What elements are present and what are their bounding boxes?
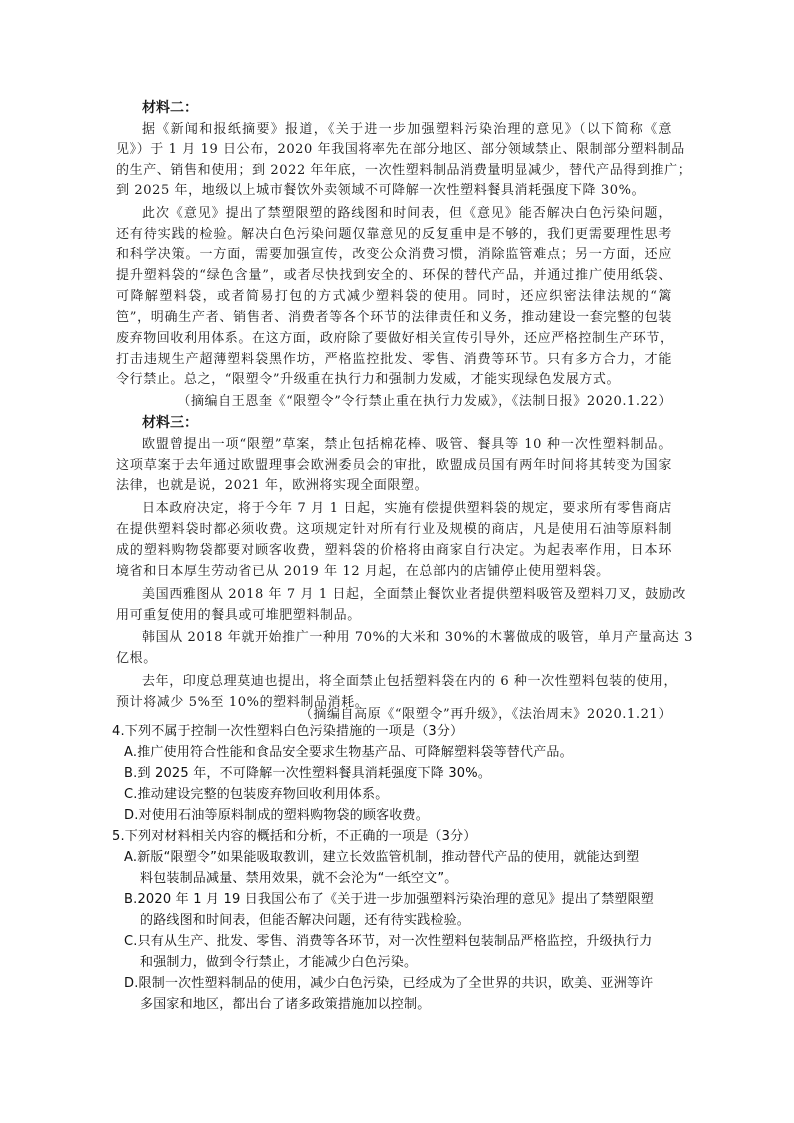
material2-line: 提升塑料袋的“绿色含量”，或者尽快找到安全的、环保的替代产品，并通过推广使用纸袋… (116, 266, 672, 286)
material2-line: 此次《意见》提出了禁塑限塑的路线图和时间表，但《意见》能否解决白色污染问题， (142, 204, 672, 224)
material2-line: 的生产、销售和使用；到 2022 年年底，一次性塑料制品消费量明显减少，替代产品… (116, 161, 672, 181)
exam-page: 材料二： 据《新闻和报纸摘要》报道，《关于进一步加强塑料污染治理的意见》（以下简… (0, 0, 794, 1123)
material3-line: 去年，印度总理莫迪也提出，将全面禁止包括塑料袋在内的 6 种一次性塑料包装的使用… (142, 672, 672, 692)
material2-source: （摘编自王恩奎《“限塑令”令行禁止重在执行力发威》，《法制日报》2020.1.2… (116, 392, 672, 412)
question-4-option-a: A.推广使用符合性能和食品安全要求生物基产品、可降解塑料袋等替代产品。 (124, 743, 573, 763)
material2-heading: 材料二： (142, 98, 198, 118)
question-5-option-d-cont: 多国家和地区，都出台了诸多政策措施加以控制。 (140, 995, 430, 1015)
question-4-option-d: D.对使用石油等原料制成的塑料购物袋的顾客收费。 (124, 806, 429, 826)
material3-line: 亿根。 (116, 649, 157, 669)
question-4-stem: 4.下列不属于控制一次性塑料白色污染措施的一项是（3分） (112, 722, 463, 742)
material3-line: 日本政府决定，将于今年 7 月 1 日起，实施有偿提供塑料袋的规定，要求所有零售… (142, 499, 672, 519)
material2-line: 打击违规生产超薄塑料袋黑作坊，严格监控批发、零售、消费等环节。只有多方合力，才能 (116, 350, 672, 370)
question-4-option-c: C.推动建设完整的包装废弃物回收利用体系。 (124, 785, 388, 805)
material3-heading: 材料三： (142, 413, 198, 433)
question-5-stem: 5.下列对材料相关内容的概括和分析，不正确的一项是（3分） (112, 827, 476, 847)
material2-line: 可降解塑料袋，或者简易打包的方式减少塑料袋的使用。同时，还应织密法律法规的“篱 (116, 287, 672, 307)
question-5-option-b-cont: 的路线图和时间表，但能否解决问题，还有待实践检验。 (140, 911, 470, 931)
question-5-option-a-cont: 料包装制品减量、禁用效果，就不会沦为“一纸空文”。 (140, 869, 457, 889)
material2-line: 笆”，明确生产者、销售者、消费者等各个环节的法律责任和义务，推动建设一套完整的包… (116, 308, 672, 328)
question-4-option-b: B.到 2025 年，不可降解一次性塑料餐具消耗强度下降 30%。 (124, 764, 491, 784)
material2-line: 据《新闻和报纸摘要》报道，《关于进一步加强塑料污染治理的意见》（以下简称《意 (142, 120, 672, 140)
material3-line: 欧盟曾提出一项“限塑”草案，禁止包括棉花棒、吸管、餐具等 10 种一次性塑料制品… (142, 435, 672, 455)
question-5-option-c: C.只有从生产、批发、零售、消费等各环节，对一次性塑料包装制品严格监控，升级执行… (124, 932, 652, 952)
material2-line: 到 2025 年，地级以上城市餐饮外卖领域不可降解一次性塑料餐具消耗强度下降 3… (116, 181, 645, 201)
material2-line: 废弃物回收利用体系。在这方面，政府除了要做好相关宣传引导外，还应严格控制生产环节… (116, 329, 672, 349)
material3-line: 韩国从 2018 年就开始推广一种用 70%的大米和 30%的木薯做成的吸管，单… (142, 628, 672, 648)
material3-line: 法律，也就是说，2021 年，欧洲将实现全面限塑。 (116, 476, 428, 496)
question-5-option-c-cont: 和强制力，做到令行禁止，才能减少白色污染。 (140, 953, 417, 973)
material3-line: 美国西雅图从 2018 年 7 月 1 日起，全面禁止餐饮业者提供塑料吸管及塑料… (142, 585, 672, 605)
question-5-option-d: D.限制一次性塑料制品的使用，减少白色污染，已经成为了全世界的共识，欧美、亚洲等… (124, 974, 653, 994)
material3-line: 成的塑料购物袋都要对顾客收费，塑料袋的价格将由商家自行决定。为起表率作用，日本环 (116, 541, 672, 561)
material2-line: 还有待实践的检验。解决白色污染问题仅靠意见的反复重申是不够的，我们更需要理性思考 (116, 225, 672, 245)
material2-line: 和科学决策。一方面，需要加强宣传，改变公众消费习惯，消除监管难点；另一方面，还应 (116, 245, 672, 265)
material3-line: 在提供塑料袋时都必须收费。这项规定针对所有行业及规模的商店，凡是使用石油等原料制 (116, 520, 672, 540)
material2-line: 令行禁止。总之，“限塑令”升级重在执行力和强制力发威，才能实现绿色发展方式。 (116, 370, 620, 390)
material2-line: 见》）于 1 月 19 日公布，2020 年我国将率先在部分地区、部分领域禁止、… (116, 140, 672, 160)
material3-line: 这项草案于去年通过欧盟理事会欧洲委员会的审批，欧盟成员国有两年时间将其转变为国家 (116, 456, 672, 476)
question-5-option-b: B.2020 年 1 月 19 日我国公布了《关于进一步加强塑料污染治理的意见》… (124, 890, 654, 910)
material3-line: 用可重复使用的餐具或可堆肥塑料制品。 (116, 606, 361, 626)
material3-line: 境省和日本厚生劳动省已从 2019 年 12 月起，在总部内的店铺停止使用塑料袋… (116, 562, 610, 582)
question-5-option-a: A.新版“限塑令”如果能吸取教训，建立长效监管机制，推动替代产品的使用，就能达到… (124, 848, 639, 868)
